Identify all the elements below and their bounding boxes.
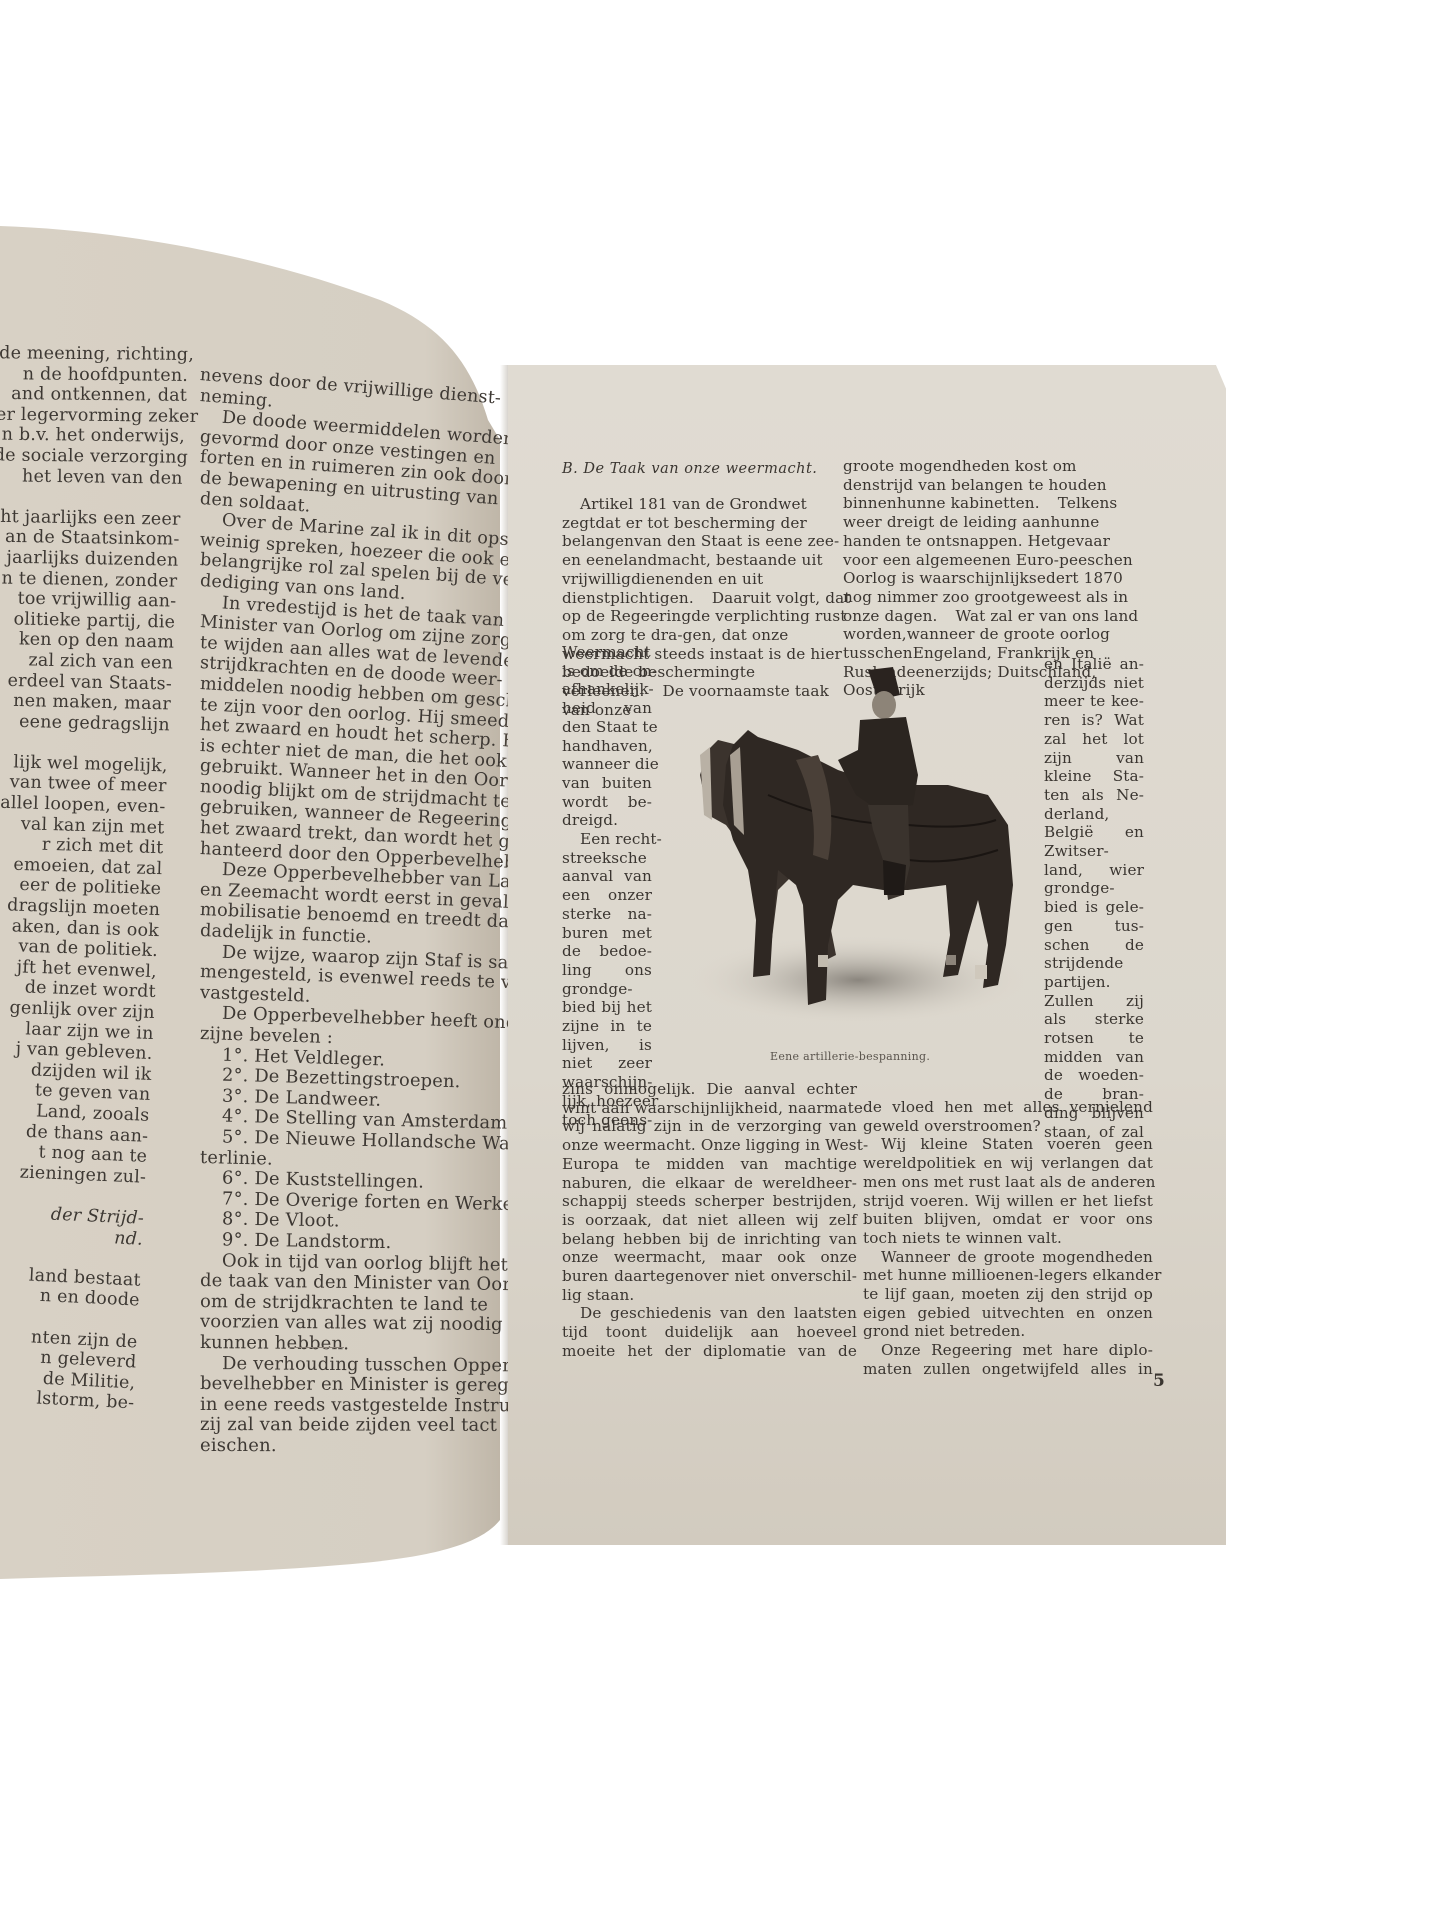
text-line: Wanneer de groote mogendheden bbox=[863, 1248, 1153, 1267]
text-line: wanneer die bbox=[562, 755, 652, 774]
text-line: een onzer bbox=[562, 886, 652, 905]
text-line: and ontkennen, dat bbox=[0, 384, 187, 407]
photo-caption: Eene artillerie-bespanning. bbox=[770, 1048, 930, 1067]
text-line: afhankelijk- bbox=[562, 680, 652, 699]
text-line: rotsen te bbox=[1044, 1029, 1144, 1048]
right-column-a-narrow: Weermachtis om de on-afhankelijk-heid va… bbox=[562, 643, 652, 1129]
text-line: niet zeer bbox=[562, 1054, 652, 1073]
text-line: Zwitser- bbox=[1044, 842, 1144, 861]
text-line: strijdende bbox=[1044, 954, 1144, 973]
text-line: sterke na- bbox=[562, 905, 652, 924]
text-line: zins onmogelijk. Die aanval echter bbox=[562, 1080, 857, 1099]
text-line: moeite het der diplomatie van de bbox=[562, 1342, 857, 1361]
text-line: lig staan. bbox=[562, 1286, 857, 1305]
text-line bbox=[0, 486, 182, 509]
text-line: geweld overstroomen? bbox=[863, 1117, 1153, 1136]
text-line: grondge- bbox=[562, 980, 652, 999]
text-line: derland, bbox=[1044, 805, 1144, 824]
text-line: kleine Sta- bbox=[1044, 767, 1144, 786]
text-line: onze weermacht, maar ook onze bbox=[562, 1248, 857, 1267]
text-line: buiten blijven, omdat er voor ons bbox=[863, 1210, 1153, 1229]
text-line: met hunne millioenen-legers elkander bbox=[863, 1266, 1153, 1285]
horse-photo bbox=[678, 655, 1023, 1035]
text-line: Zullen zij bbox=[1044, 992, 1144, 1011]
text-line: handhaven, bbox=[562, 737, 652, 756]
text-line: derzijds niet bbox=[1044, 674, 1144, 693]
text-line: De geschiedenis van den laatsten bbox=[562, 1304, 857, 1323]
text-line: land, wier bbox=[1044, 861, 1144, 880]
text-line: toch niets te winnen valt. bbox=[863, 1229, 1153, 1248]
text-line: wij nalatig zijn in de verzorging van bbox=[562, 1117, 857, 1136]
text-line: n de hoofdpunten. bbox=[0, 364, 188, 386]
text-line: partijen. bbox=[1044, 973, 1144, 992]
text-line: dreigd. bbox=[562, 811, 652, 830]
left-page: de meening, richting,n de hoofdpunten.an… bbox=[0, 0, 520, 1920]
left-column-a: de meening, richting,n de hoofdpunten.an… bbox=[0, 335, 190, 1414]
text-line: men ons met rust laat als de anderen bbox=[863, 1173, 1153, 1192]
text-line: an de Staatsinkom- bbox=[0, 527, 180, 551]
text-line: buren met bbox=[562, 924, 652, 943]
text-line: België en bbox=[1044, 823, 1144, 842]
text-line: den Staat te bbox=[562, 718, 652, 737]
text-line: lijven, is bbox=[562, 1036, 652, 1055]
section-divider bbox=[288, 1347, 344, 1348]
text-line: naburen, die elkaar de wereldheer- bbox=[562, 1174, 857, 1193]
text-line: strijd voeren. Wij willen er het liefst bbox=[863, 1192, 1153, 1211]
text-line: van buiten bbox=[562, 774, 652, 793]
text-line: en Italië an- bbox=[1044, 655, 1144, 674]
text-line: zijne in te bbox=[562, 1017, 652, 1036]
text-line: jaarlijks duizenden bbox=[0, 547, 179, 571]
text-line: eigen gebied uitvechten en onzen bbox=[863, 1304, 1153, 1323]
open-booklet: de meening, richting,n de hoofdpunten.an… bbox=[0, 0, 1440, 1920]
text-line: ling ons bbox=[562, 961, 652, 980]
page-number: 5 bbox=[1153, 1372, 1165, 1391]
text-line: Europa te midden van machtige bbox=[562, 1155, 857, 1174]
text-line: zal het lot bbox=[1044, 730, 1144, 749]
text-line: wint aan waarschijnlijkheid, naarmate bbox=[562, 1099, 857, 1118]
text-line: aanval van bbox=[562, 867, 652, 886]
text-line: streeksche bbox=[562, 849, 652, 868]
text-line: midden van bbox=[1044, 1048, 1144, 1067]
section-heading: B. De Taak van onze weermacht. bbox=[562, 460, 817, 479]
text-line: schen de bbox=[1044, 936, 1144, 955]
text-line: als sterke bbox=[1044, 1010, 1144, 1029]
text-line: te lijf gaan, moeten zij den strijd op bbox=[863, 1285, 1153, 1304]
text-line: de meening, richting, bbox=[0, 343, 189, 365]
text-line: Een recht- bbox=[562, 830, 652, 849]
text-line: is om de on- bbox=[562, 662, 652, 681]
text-line: grondge- bbox=[1044, 879, 1144, 898]
right-page: B. De Taak van onze weermacht. Artikel 1… bbox=[508, 365, 1226, 1545]
text-line: Wij kleine Staten voeren geen bbox=[863, 1135, 1153, 1154]
text-line: hunne kabinetten. bbox=[897, 494, 1040, 512]
text-line: wordt be- bbox=[562, 793, 652, 812]
text-line: ren is? Wat bbox=[1044, 711, 1144, 730]
text-line: wereldpolitiek en wij verlangen dat bbox=[863, 1154, 1153, 1173]
text-line: buren daartegenover niet onverschil- bbox=[562, 1267, 857, 1286]
text-line: de woeden- bbox=[1044, 1066, 1144, 1085]
right-column-b-narrow: en Italië an-derzijds nietmeer te kee-re… bbox=[1044, 655, 1144, 1141]
text-line: n b.v. het onderwijs, bbox=[0, 425, 185, 448]
right-column-a-bottom: zins onmogelijk. Die aanval echterwint a… bbox=[562, 1080, 857, 1361]
text-line: is oorzaak, dat niet alleen wij zelf bbox=[562, 1211, 857, 1230]
text-line: gen tus- bbox=[1044, 917, 1144, 936]
text-line: heid van bbox=[562, 699, 652, 718]
text-line: belang hebben bij de inrichting van bbox=[562, 1230, 857, 1249]
text-line: de bedoe- bbox=[562, 942, 652, 961]
text-line: Weermacht bbox=[562, 643, 652, 662]
text-line: de sociale verzorging bbox=[0, 445, 184, 468]
text-line: het leven van den bbox=[0, 466, 183, 489]
left-page-text: de meening, richting,n de hoofdpunten.an… bbox=[0, 0, 520, 1920]
text-line: Onze Regeering met hare diplo- bbox=[863, 1341, 1153, 1360]
text-line: tijd toont duidelijk aan hoeveel bbox=[562, 1323, 857, 1342]
text-line: bied is gele- bbox=[1044, 898, 1144, 917]
text-line: meer te kee- bbox=[1044, 692, 1144, 711]
text-line: er legervorming zeker bbox=[0, 405, 186, 428]
text-line: grond niet betreden. bbox=[863, 1322, 1153, 1341]
text-line: ten als Ne- bbox=[1044, 786, 1144, 805]
text-line: schappij steeds scherper bestrijden, bbox=[562, 1192, 857, 1211]
right-column-b-bottom: de vloed hen met alles vernielendgeweld … bbox=[863, 1098, 1153, 1379]
text-line: bied bij het bbox=[562, 998, 652, 1017]
text-line: de vloed hen met alles vernielend bbox=[863, 1098, 1153, 1117]
text-line: maten zullen ongetwijfeld alles in bbox=[863, 1360, 1153, 1379]
text-line: onze weermacht. Onze ligging in West- bbox=[562, 1136, 857, 1155]
text-line: zijn van bbox=[1044, 749, 1144, 768]
